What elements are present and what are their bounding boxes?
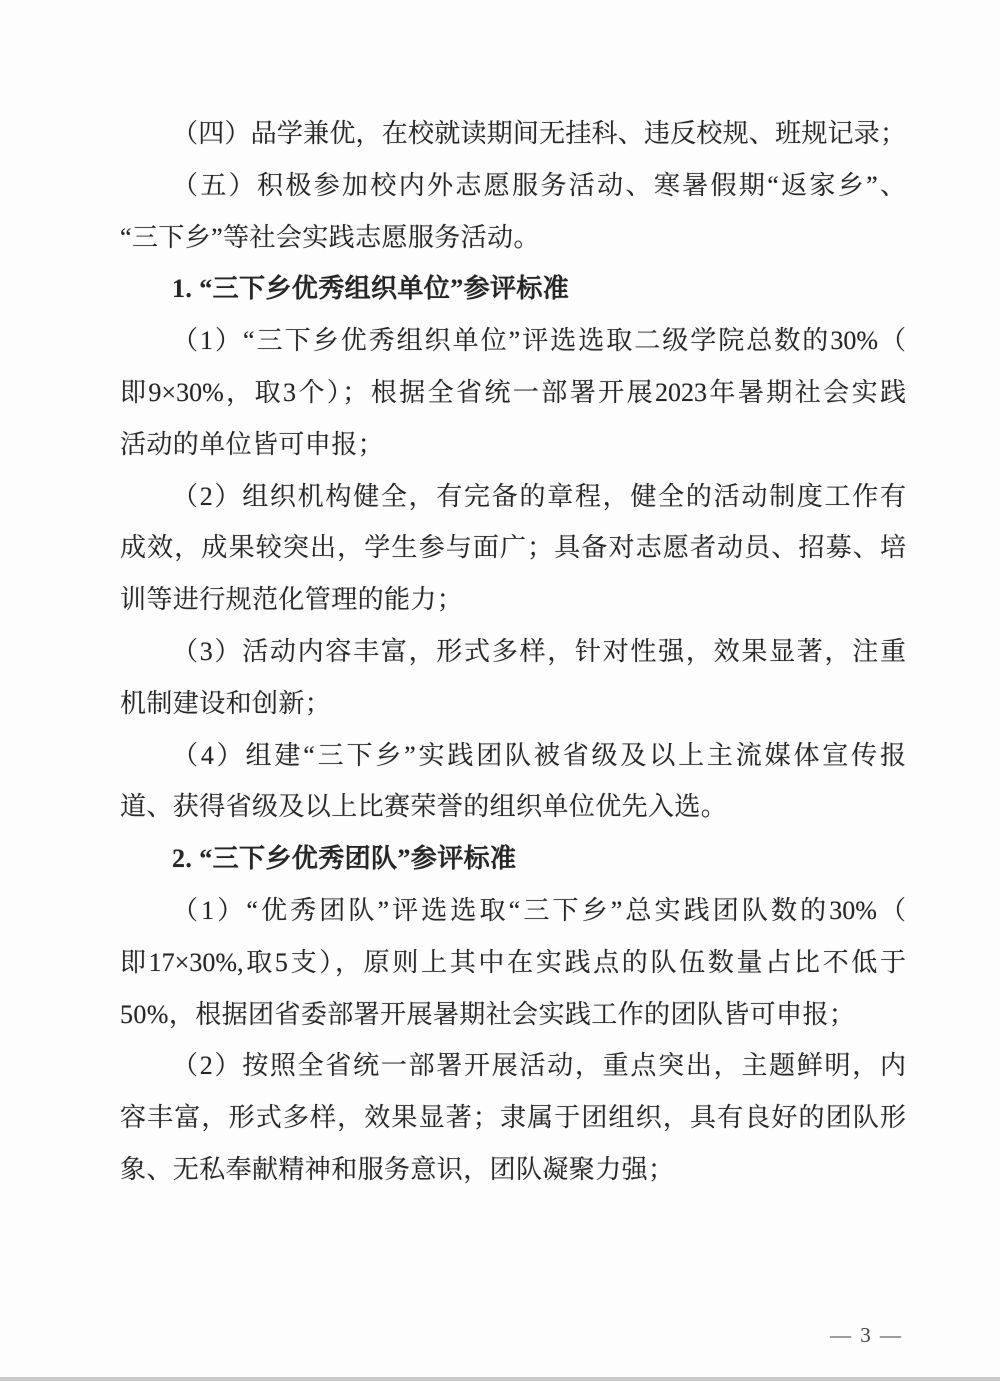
page-bottom-edge bbox=[0, 1377, 1000, 1381]
text-line: 道、获得省级及以上比赛荣誉的组织单位优先入选。 bbox=[120, 781, 906, 833]
document-page: （四）品学兼优，在校就读期间无挂科、违反校规、班规记录；（五）积极参加校内外志愿… bbox=[0, 0, 1000, 1381]
section-heading: 2. “三下乡优秀团队”参评标准 bbox=[120, 833, 906, 885]
text-line: （2）组织机构健全，有完备的章程，健全的活动制度工作有 bbox=[120, 471, 906, 523]
text-line: 50%，根据团省委部署开展暑期社会实践工作的团队皆可申报； bbox=[120, 989, 906, 1041]
document-body: （四）品学兼优，在校就读期间无挂科、违反校规、班规记录；（五）积极参加校内外志愿… bbox=[120, 108, 906, 1196]
text-line: 训等进行规范化管理的能力； bbox=[120, 574, 906, 626]
text-line: 即17×30%,取5支），原则上其中在实践点的队伍数量占比不低于 bbox=[120, 937, 906, 989]
text-line: 机制建设和创新； bbox=[120, 678, 906, 730]
text-line: （2）按照全省统一部署开展活动，重点突出，主题鲜明，内 bbox=[120, 1040, 906, 1092]
text-line: （4）组建“三下乡”实践团队被省级及以上主流媒体宣传报 bbox=[120, 730, 906, 782]
section-heading: 1. “三下乡优秀组织单位”参评标准 bbox=[120, 263, 906, 315]
text-line: 象、无私奉献精神和服务意识，团队凝聚力强； bbox=[120, 1144, 906, 1196]
text-line: （五）积极参加校内外志愿服务活动、寒暑假期“返家乡”、 bbox=[120, 160, 906, 212]
text-line: 即9×30%，取3个）；根据全省统一部署开展2023年暑期社会实践 bbox=[120, 367, 906, 419]
text-line: 容丰富，形式多样，效果显著；隶属于团组织，具有良好的团队形 bbox=[120, 1092, 906, 1144]
text-line: （四）品学兼优，在校就读期间无挂科、违反校规、班规记录； bbox=[120, 108, 906, 160]
text-line: （1）“三下乡优秀组织单位”评选选取二级学院总数的30%（ bbox=[120, 315, 906, 367]
page-number: — 3 — bbox=[830, 1320, 903, 1350]
text-line: “三下乡”等社会实践志愿服务活动。 bbox=[120, 212, 906, 264]
text-line: 活动的单位皆可申报； bbox=[120, 419, 906, 471]
text-line: 成效，成果较突出，学生参与面广；具备对志愿者动员、招募、培 bbox=[120, 522, 906, 574]
text-line: （1）“优秀团队”评选选取“三下乡”总实践团队数的30%（ bbox=[120, 885, 906, 937]
text-line: （3）活动内容丰富，形式多样，针对性强，效果显著，注重 bbox=[120, 626, 906, 678]
